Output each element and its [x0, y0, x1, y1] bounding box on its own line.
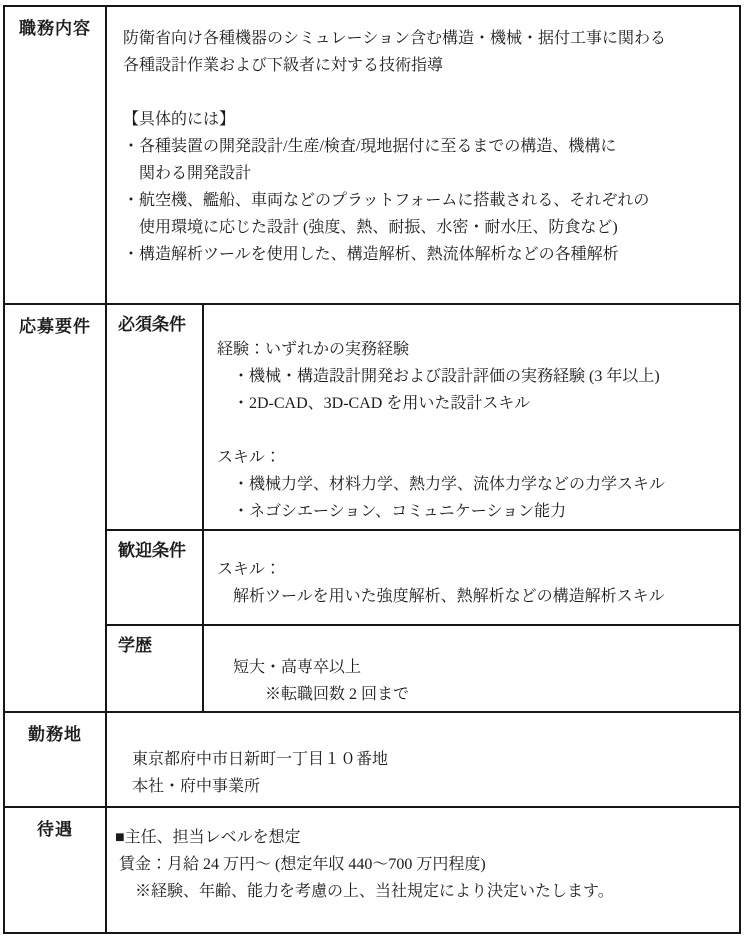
job-posting-table: 職務内容 防衛省向け各種機器のシミュレーション含む構造・機械・据付工事に関わる各… [3, 5, 741, 934]
job-description-header: 職務内容 [5, 7, 107, 303]
text-line: ・ネゴシエーション、コミュニケーション能力 [217, 498, 729, 525]
required-conditions-content: 経験：いずれかの実務経験 ・機械・構造設計開発および設計評価の実務経験 (3 年… [204, 305, 739, 529]
required-conditions-header: 必須条件 [107, 305, 204, 529]
text-line: 賃金：月給 24 万円～ (想定年収 440～700 万円程度) [115, 851, 729, 878]
subrow-education: 学歴 短大・高専卒以上 ※転職回数 2 回まで [107, 626, 739, 711]
compensation-content: ■主任、担当レベルを想定 賃金：月給 24 万円～ (想定年収 440～700 … [107, 808, 739, 932]
text-line: スキル： [217, 444, 729, 471]
text-line: 使用環境に応じた設計 (強度、熱、耐振、水密・耐水圧、防食など) [123, 214, 725, 241]
text-line: 防衛省向け各種機器のシミュレーション含む構造・機械・据付工事に関わる [123, 25, 725, 52]
text-line: 経験：いずれかの実務経験 [217, 336, 729, 363]
text-line: 短大・高専卒以上 [217, 654, 729, 681]
text-line: スキル： [217, 556, 729, 583]
text-line: 各種設計作業および下級者に対する技術指導 [123, 52, 725, 79]
text-line: ・航空機、艦船、車両などのプラットフォームに搭載される、それぞれの [123, 187, 725, 214]
text-line: 本社・府中事業所 [132, 773, 729, 800]
text-line: ・2D-CAD、3D-CAD を用いた設計スキル [217, 390, 729, 417]
job-posting-page: 職務内容 防衛省向け各種機器のシミュレーション含む構造・機械・据付工事に関わる各… [0, 0, 746, 942]
text-line: ■主任、担当レベルを想定 [115, 824, 729, 851]
text-line: 【具体的には】 [123, 106, 725, 133]
requirements-subtable: 必須条件 経験：いずれかの実務経験 ・機械・構造設計開発および設計評価の実務経験… [107, 305, 739, 711]
requirements-header: 応募要件 [5, 305, 107, 711]
text-line: ※転職回数 2 回まで [217, 681, 729, 708]
row-work-location: 勤務地 東京都府中市日新町一丁目１０番地本社・府中事業所 [5, 713, 739, 808]
row-job-description: 職務内容 防衛省向け各種機器のシミュレーション含む構造・機械・据付工事に関わる各… [5, 7, 739, 305]
job-description-content: 防衛省向け各種機器のシミュレーション含む構造・機械・据付工事に関わる各種設計作業… [107, 7, 739, 303]
text-line [123, 79, 725, 106]
compensation-header: 待遇 [5, 808, 107, 932]
welcome-conditions-content: スキル： 解析ツールを用いた強度解析、熱解析などの構造解析スキル [204, 531, 739, 624]
text-line: ※経験、年齢、能力を考慮の上、当社規定により決定いたします。 [115, 878, 729, 905]
text-line: ・構造解析ツールを使用した、構造解析、熱流体解析などの各種解析 [123, 241, 725, 268]
subrow-required-conditions: 必須条件 経験：いずれかの実務経験 ・機械・構造設計開発および設計評価の実務経験… [107, 305, 739, 531]
education-header: 学歴 [107, 626, 204, 711]
text-line [217, 417, 729, 444]
text-line: ・各種装置の開発設計/生産/検査/現地据付に至るまでの構造、機構に [123, 133, 725, 160]
text-line: 関わる開発設計 [123, 160, 725, 187]
work-location-header: 勤務地 [5, 713, 107, 806]
work-location-content: 東京都府中市日新町一丁目１０番地本社・府中事業所 [107, 713, 739, 806]
text-line: 東京都府中市日新町一丁目１０番地 [132, 746, 729, 773]
row-requirements: 応募要件 必須条件 経験：いずれかの実務経験 ・機械・構造設計開発および設計評価… [5, 305, 739, 713]
text-line: 解析ツールを用いた強度解析、熱解析などの構造解析スキル [217, 583, 729, 610]
row-compensation: 待遇 ■主任、担当レベルを想定 賃金：月給 24 万円～ (想定年収 440～7… [5, 808, 739, 932]
education-content: 短大・高専卒以上 ※転職回数 2 回まで [204, 626, 739, 711]
text-line: ・機械・構造設計開発および設計評価の実務経験 (3 年以上) [217, 363, 729, 390]
welcome-conditions-header: 歓迎条件 [107, 531, 204, 624]
text-line: ・機械力学、材料力学、熱力学、流体力学などの力学スキル [217, 471, 729, 498]
subrow-welcome-conditions: 歓迎条件 スキル： 解析ツールを用いた強度解析、熱解析などの構造解析スキル [107, 531, 739, 626]
